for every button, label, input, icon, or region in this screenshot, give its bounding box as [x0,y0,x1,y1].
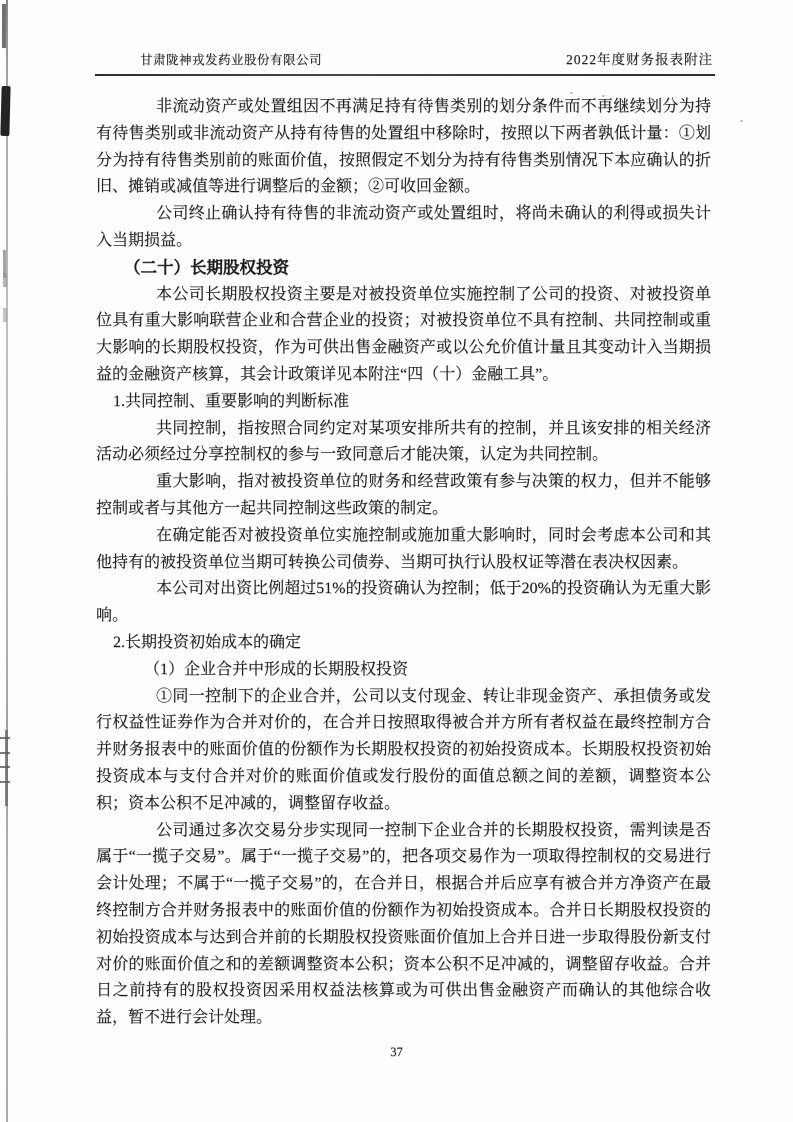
paragraph-ownership-thresholds: 本公司对出资比例超过51%的投资确认为控制；低于20%的投资确认为无重大影响。 [96,576,711,630]
paragraph-held-for-sale-measurement: 非流动资产或处置组因不再满足持有待售类别的划分条件而不再继续划分为持有待售类别或… [96,94,711,201]
scan-artifact-tick [0,766,10,768]
scan-artifact-blob [3,308,7,322]
document-body: 非流动资产或处置组因不再满足持有待售类别的划分条件而不再继续划分为持有待售类别或… [96,94,711,1032]
scan-artifact-blob [2,4,6,48]
scan-artifact-tick [0,737,10,739]
section-heading-long-term-equity: （二十）长期股权投资 [96,255,711,282]
scan-artifact-speck [740,120,743,122]
scan-artifact-tick [0,752,10,754]
paragraph-potential-voting-rights: 在确定能否对被投资单位实施控制或施加重大影响时，同时会考虑本公司和其他持有的被投… [96,523,711,577]
scan-artifact-left-edge [6,0,8,1122]
paragraph-derecognition: 公司终止确认持有待售的非流动资产或处置组时，将尚未确认的利得或损失计入当期损益。 [96,201,711,255]
paragraph-same-control-merger: ①同一控制下的企业合并，公司以支付现金、转让非现金资产、承担债务或发行权益性证券… [96,684,711,818]
page-header: 甘肃陇神戎发药业股份有限公司 2022年度财务报表附注 [97,48,713,68]
header-rule [95,74,715,76]
paragraph-lte-overview: 本公司长期股权投资主要是对被投资单位实施控制了公司的投资、对被投资单位具有重大影… [96,282,711,389]
document-page: 甘肃陇神戎发药业股份有限公司 2022年度财务报表附注 非流动资产或处置组因不再… [0,0,793,1122]
report-title: 2022年度财务报表附注 [566,48,713,68]
scan-artifact-blob [3,273,7,287]
paragraph-joint-control: 共同控制，指按照合同约定对某项安排所共有的控制，并且该安排的相关经济活动必须经过… [96,416,711,470]
subheading-initial-cost: 2.长期投资初始成本的确定 [96,630,711,657]
paragraph-step-acquisition: 公司通过多次交易分步实现同一控制下企业合并的长期股权投资，需判读是否属于“一揽子… [96,818,711,1032]
scan-artifact-tick [0,781,10,783]
company-name: 甘肃陇神戎发药业股份有限公司 [97,50,322,68]
subheading-joint-control-criteria: 1.共同控制、重要影响的判断标准 [96,389,711,416]
subheading-business-combination: （1）企业合并中形成的长期股权投资 [96,657,711,684]
scan-artifact-blob [5,730,8,806]
paragraph-significant-influence: 重大影响，指对被投资单位的财务和经营政策有参与决策的权力，但并不能够控制或者与其… [96,469,711,523]
scan-artifact-blob [0,86,10,136]
page-number: 37 [0,1045,793,1060]
